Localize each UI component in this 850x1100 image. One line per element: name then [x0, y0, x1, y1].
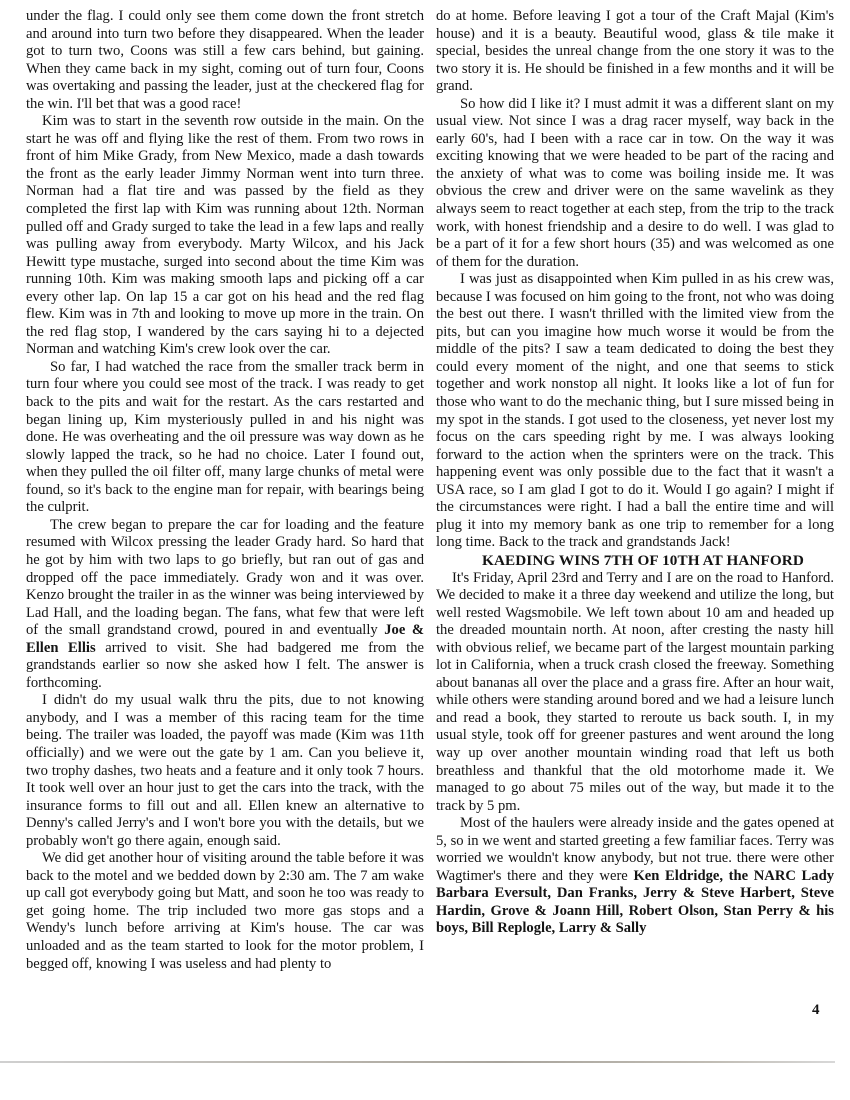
newsletter-page: under the flag. I could only see them co…	[0, 0, 850, 1100]
paragraph: So far, I had watched the race from the …	[26, 359, 424, 517]
paragraph: do at home. Before leaving I got a tour …	[436, 8, 834, 96]
paragraph: I was just as disappointed when Kim pull…	[436, 271, 834, 552]
paragraph: So how did I like it? I must admit it wa…	[436, 96, 834, 271]
paragraph: Most of the haulers were already inside …	[436, 815, 834, 938]
paragraph: We did get another hour of visiting arou…	[26, 850, 424, 973]
bottom-rule-divider	[0, 1061, 835, 1063]
paragraph: It's Friday, April 23rd and Terry and I …	[436, 570, 834, 816]
article-headline: KAEDING WINS 7TH OF 10TH AT HANFORD	[436, 552, 834, 570]
paragraph: under the flag. I could only see them co…	[26, 8, 424, 113]
right-column: do at home. Before leaving I got a tour …	[436, 8, 834, 938]
page-number: 4	[812, 1002, 820, 1019]
left-column: under the flag. I could only see them co…	[26, 8, 424, 973]
paragraph: Kim was to start in the seventh row outs…	[26, 113, 424, 359]
paragraph-text: The crew began to prepare the car for lo…	[26, 517, 424, 638]
paragraph: The crew began to prepare the car for lo…	[26, 517, 424, 692]
paragraph: I didn't do my usual walk thru the pits,…	[26, 692, 424, 850]
